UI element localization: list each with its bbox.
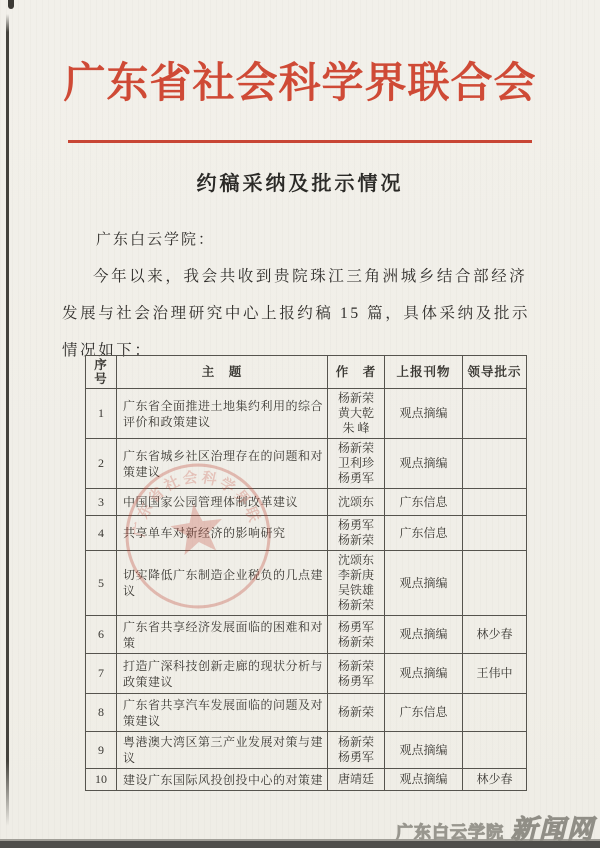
authors-cell: 杨新荣 xyxy=(328,694,385,732)
column-header: 上报刊物 xyxy=(385,356,463,389)
publication-cell: 广东信息 xyxy=(385,489,463,516)
author-name: 杨勇军 xyxy=(332,750,380,765)
topic-cell: 粤港澳大湾区第三产业发展对策与建议 xyxy=(117,732,328,769)
table-row: 4共享单车对新经济的影响研究杨勇军杨新荣广东信息 xyxy=(86,516,527,551)
approval-cell xyxy=(463,694,527,732)
row-number-cell: 3 xyxy=(86,489,117,516)
publication-cell: 广东信息 xyxy=(385,694,463,732)
authors-cell: 沈颂东 xyxy=(328,489,385,516)
approval-cell xyxy=(463,732,527,769)
table-row: 6广东省共享经济发展面临的困难和对策杨勇军杨新荣观点摘编林少春 xyxy=(86,616,527,654)
approval-cell xyxy=(463,551,527,616)
approval-cell: 林少春 xyxy=(463,616,527,654)
authors-cell: 杨新荣黄大乾朱 峰 xyxy=(328,389,385,439)
author-name: 杨新荣 xyxy=(332,735,380,750)
author-name: 吴铁雄 xyxy=(332,583,380,598)
topic-cell: 切实降低广东制造企业税负的几点建议 xyxy=(117,551,328,616)
publication-cell: 广东信息 xyxy=(385,516,463,551)
submissions-table: 序 号主 题作 者上报刊物领导批示 1广东省全面推进土地集约利用的综合评价和政策… xyxy=(85,355,527,791)
author-name: 沈颂东 xyxy=(332,495,380,510)
approval-cell xyxy=(463,516,527,551)
topic-cell: 广东省全面推进土地集约利用的综合评价和政策建议 xyxy=(117,389,328,439)
approval-cell xyxy=(463,489,527,516)
approval-cell: 林少春 xyxy=(463,769,527,791)
authors-cell: 杨新荣杨勇军 xyxy=(328,654,385,694)
scan-left-edge xyxy=(6,14,9,826)
publication-cell: 观点摘编 xyxy=(385,551,463,616)
approval-cell xyxy=(463,389,527,439)
topic-cell: 中国国家公园管理体制改革建议 xyxy=(117,489,328,516)
author-name: 杨新荣 xyxy=(332,441,380,456)
approval-cell xyxy=(463,439,527,489)
authors-cell: 杨新荣杨勇军 xyxy=(328,732,385,769)
topic-cell: 广东省城乡社区治理存在的问题和对策建议 xyxy=(117,439,328,489)
topic-cell: 共享单车对新经济的影响研究 xyxy=(117,516,328,551)
table-header-row: 序 号主 题作 者上报刊物领导批示 xyxy=(86,356,527,389)
publication-cell: 观点摘编 xyxy=(385,654,463,694)
author-name: 朱 峰 xyxy=(332,421,380,436)
table-body: 1广东省全面推进土地集约利用的综合评价和政策建议杨新荣黄大乾朱 峰观点摘编2广东… xyxy=(86,389,527,791)
paragraph-line: 今年以来，我会共收到贵院珠江三角洲城乡结合部经济 xyxy=(62,258,542,295)
authors-cell: 杨新荣卫利珍杨勇军 xyxy=(328,439,385,489)
scan-corner-artifact xyxy=(8,0,14,9)
publication-cell: 观点摘编 xyxy=(385,769,463,791)
row-number-cell: 10 xyxy=(86,769,117,791)
publication-cell: 观点摘编 xyxy=(385,732,463,769)
column-header: 主 题 xyxy=(117,356,328,389)
salutation: 广东白云学院： xyxy=(96,228,215,249)
authors-cell: 沈颂东李新庚吴铁雄杨新荣 xyxy=(328,551,385,616)
column-header: 作 者 xyxy=(328,356,385,389)
table-row: 2广东省城乡社区治理存在的问题和对策建议杨新荣卫利珍杨勇军观点摘编 xyxy=(86,439,527,489)
author-name: 杨勇军 xyxy=(332,674,380,689)
author-name: 唐靖廷 xyxy=(332,772,380,787)
table-row: 10建设广东国际风投创投中心的对策建唐靖廷观点摘编林少春 xyxy=(86,769,527,791)
author-name: 杨勇军 xyxy=(332,471,380,486)
scanned-document-page: 广东省社会科学界联合会 约稿采纳及批示情况 广东白云学院： 今年以来，我会共收到… xyxy=(0,0,600,848)
authors-cell: 杨勇军杨新荣 xyxy=(328,616,385,654)
authors-cell: 杨勇军杨新荣 xyxy=(328,516,385,551)
column-header: 领导批示 xyxy=(463,356,527,389)
watermark-section-name: 新闻网 xyxy=(511,809,595,846)
row-number-cell: 9 xyxy=(86,732,117,769)
author-name: 杨新荣 xyxy=(332,533,380,548)
letterhead-divider-rule xyxy=(68,140,532,143)
approval-cell: 王伟中 xyxy=(463,654,527,694)
topic-cell: 打造广深科技创新走廊的现状分析与政策建议 xyxy=(117,654,328,694)
author-name: 杨新荣 xyxy=(332,659,380,674)
watermark-site-name: 广东白云学院 xyxy=(396,818,504,843)
publication-cell: 观点摘编 xyxy=(385,616,463,654)
row-number-cell: 7 xyxy=(86,654,117,694)
row-number-cell: 6 xyxy=(86,616,117,654)
author-name: 卫利珍 xyxy=(332,456,380,471)
author-name: 杨新荣 xyxy=(332,598,380,613)
publication-cell: 观点摘编 xyxy=(385,439,463,489)
topic-cell: 广东省共享汽车发展面临的问题及对策建议 xyxy=(117,694,328,732)
table-row: 5切实降低广东制造企业税负的几点建议沈颂东李新庚吴铁雄杨新荣观点摘编 xyxy=(86,551,527,616)
author-name: 杨勇军 xyxy=(332,518,380,533)
author-name: 黄大乾 xyxy=(332,406,380,421)
row-number-cell: 1 xyxy=(86,389,117,439)
body-paragraph: 今年以来，我会共收到贵院珠江三角洲城乡结合部经济 发展与社会治理研究中心上报约稿… xyxy=(62,258,542,369)
publication-cell: 观点摘编 xyxy=(385,389,463,439)
table-row: 7打造广深科技创新走廊的现状分析与政策建议杨新荣杨勇军观点摘编王伟中 xyxy=(86,654,527,694)
column-header: 序 号 xyxy=(86,356,117,389)
row-number-cell: 4 xyxy=(86,516,117,551)
paragraph-line: 发展与社会治理研究中心上报约稿 15 篇，具体采纳及批示 xyxy=(62,295,542,332)
row-number-cell: 2 xyxy=(86,439,117,489)
row-number-cell: 8 xyxy=(86,694,117,732)
table-row: 1广东省全面推进土地集约利用的综合评价和政策建议杨新荣黄大乾朱 峰观点摘编 xyxy=(86,389,527,439)
authors-cell: 唐靖廷 xyxy=(328,769,385,791)
table-row: 3中国国家公园管理体制改革建议沈颂东广东信息 xyxy=(86,489,527,516)
author-name: 杨勇军 xyxy=(332,620,380,635)
topic-cell: 建设广东国际风投创投中心的对策建 xyxy=(117,769,328,791)
author-name: 沈颂东 xyxy=(332,553,380,568)
author-name: 李新庚 xyxy=(332,568,380,583)
topic-cell: 广东省共享经济发展面临的困难和对策 xyxy=(117,616,328,654)
document-title: 约稿采纳及批示情况 xyxy=(0,167,600,196)
table-row: 8广东省共享汽车发展面临的问题及对策建议杨新荣广东信息 xyxy=(86,694,527,732)
organization-letterhead-title: 广东省社会科学界联合会 xyxy=(0,50,600,110)
author-name: 杨新荣 xyxy=(332,635,380,650)
author-name: 杨新荣 xyxy=(332,705,380,720)
author-name: 杨新荣 xyxy=(332,391,380,406)
row-number-cell: 5 xyxy=(86,551,117,616)
site-watermark: 广东白云学院 新闻网 xyxy=(396,809,595,846)
table-row: 9粤港澳大湾区第三产业发展对策与建议杨新荣杨勇军观点摘编 xyxy=(86,732,527,769)
